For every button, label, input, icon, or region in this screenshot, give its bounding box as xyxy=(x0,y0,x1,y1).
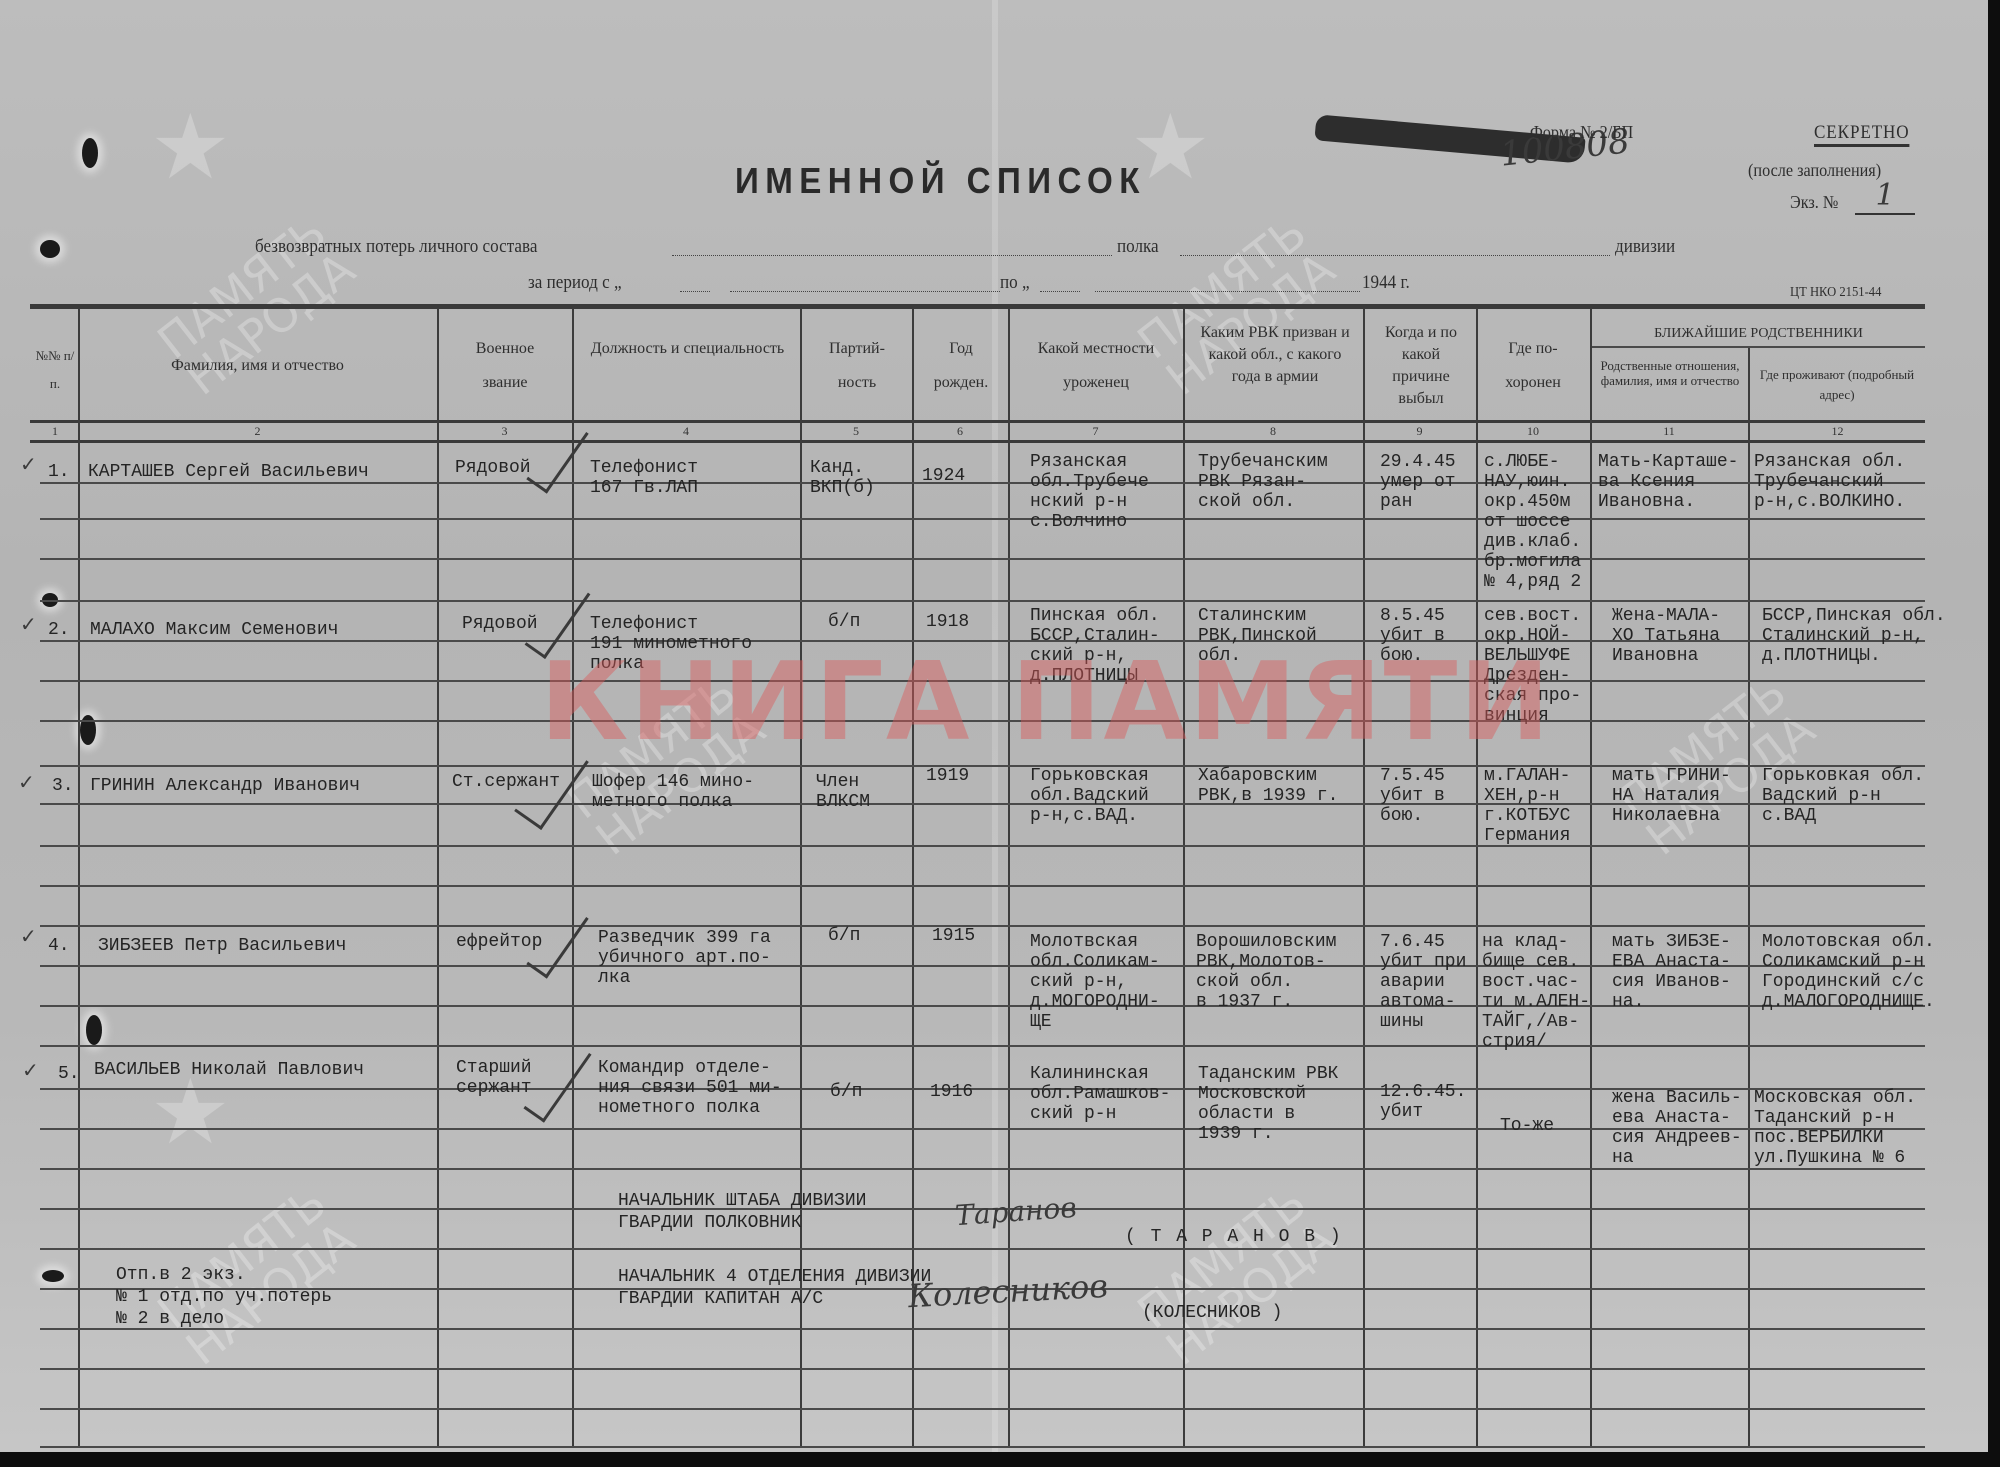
burial-place: с.ЛЮБЕ- НАУ,юин. окр.450м от шоссе див.к… xyxy=(1484,452,1581,592)
relative: Жена-МАЛА- ХО Татьяна Ивановна xyxy=(1612,606,1720,666)
period-from-day-field[interactable] xyxy=(680,290,710,292)
page-title: ИМЕННОЙ СПИСОК xyxy=(735,160,1146,202)
party: Член ВЛКСМ xyxy=(816,772,870,812)
col-header-4: Должность и специальность xyxy=(590,332,785,366)
position: Телефонист 167 Гв.ЛАП xyxy=(590,458,698,498)
col-header-10: Где по-хоронен xyxy=(1490,332,1576,400)
row-rule xyxy=(40,1408,1925,1410)
col-header-8: Каким РВК призван и какой обл., с какого… xyxy=(1195,322,1355,388)
birth-year: 1915 xyxy=(932,926,975,946)
section-chief-signature: Колесников xyxy=(907,1267,1109,1315)
rvk: Таданским РВК Московской области в 1939 … xyxy=(1198,1064,1338,1144)
row-rule xyxy=(40,925,1925,927)
copy-number: 1 xyxy=(1855,178,1915,215)
soldier-name: ВАСИЛЬЕВ Николай Павлович xyxy=(94,1060,364,1080)
col-number: 3 xyxy=(439,424,570,439)
col-number: 7 xyxy=(1010,424,1181,439)
colnum-bottom-rule xyxy=(30,440,1925,443)
regiment-label: полка xyxy=(1117,236,1159,258)
verification-mark-icon xyxy=(523,1040,591,1122)
military-rank: Рядовой xyxy=(455,458,531,478)
row-number: 1. xyxy=(48,462,70,482)
col-number: 2 xyxy=(80,424,435,439)
period-to-day-field[interactable] xyxy=(1040,290,1080,292)
col-header-12: Где проживают (подробный адрес) xyxy=(1752,365,1922,405)
row-rule xyxy=(40,1248,1925,1250)
chief-of-staff-signature: Таранов xyxy=(954,1191,1078,1232)
chief-of-staff-title: НАЧАЛЬНИК ШТАБА ДИВИЗИИ ГВАРДИИ ПОЛКОВНИ… xyxy=(618,1190,866,1234)
birth-year: 1918 xyxy=(926,612,969,632)
birth-year: 1916 xyxy=(930,1082,973,1102)
column-divider xyxy=(1748,348,1750,1448)
military-rank: ефрейтор xyxy=(456,932,542,952)
rvk: Ворошиловским РВК,Молотов- ской обл. в 1… xyxy=(1196,932,1336,1012)
col-header-6: Год рожден. xyxy=(925,332,997,400)
birth-year: 1924 xyxy=(922,466,965,486)
book-of-memory-watermark: КНИГА ПАМЯТИ xyxy=(540,640,1552,765)
subtitle-losses: безвозвратных потерь личного состава xyxy=(255,236,537,258)
soldier-name: МАЛАХО Максим Семенович xyxy=(90,620,338,640)
burial-place: м.ГАЛАН- ХЕН,р-н г.КОТБУС Германия xyxy=(1484,766,1570,846)
column-divider xyxy=(1363,308,1365,1448)
period-from-month-field[interactable] xyxy=(730,290,1000,292)
copies-note: Отп.в 2 экз. № 1 отд.по уч.потерь № 2 в … xyxy=(116,1264,332,1330)
section-chief-name: (КОЛЕСНИКОВ ) xyxy=(1142,1302,1282,1324)
birth-year: 1919 xyxy=(926,766,969,786)
relative-address: Горьковкая обл. Вадский р-н с.ВАД xyxy=(1762,766,1924,826)
burial-place: на клад- бище сев. вост.час- ти м.АЛЕН- … xyxy=(1482,932,1590,1052)
period-to-label: по „ xyxy=(1000,272,1030,294)
column-divider xyxy=(572,308,574,1448)
departure: 7.5.45 убит в бою. xyxy=(1380,766,1445,826)
departure: 29.4.45 умер от ран xyxy=(1380,452,1456,512)
row-rule xyxy=(40,1168,1925,1170)
period-year: 1944 г. xyxy=(1362,272,1410,294)
soldier-name: КАРТАШЕВ Сергей Васильевич xyxy=(88,462,369,482)
row-rule xyxy=(40,845,1925,847)
period-to-month-field[interactable] xyxy=(1095,290,1360,292)
row-rule xyxy=(40,518,1925,520)
checkmark-icon: ✓ xyxy=(20,924,37,949)
relative-address: Рязанская обл. Трубечанский р-н,с.ВОЛКИН… xyxy=(1754,452,1905,512)
col-number: 1 xyxy=(34,424,76,439)
rvk: Хабаровским РВК,в 1939 г. xyxy=(1198,766,1338,806)
row-number: 4. xyxy=(48,936,70,956)
division-field[interactable] xyxy=(1180,254,1610,256)
relative: мать ГРИНИ- НА Наталия Николаевна xyxy=(1612,766,1731,826)
row-number: 5. xyxy=(58,1064,80,1084)
soldier-name: ЗИБЗЕЕВ Петр Васильевич xyxy=(98,936,346,956)
copy-label: Экз. № xyxy=(1790,192,1838,213)
col-number: 12 xyxy=(1750,424,1925,439)
punch-hole xyxy=(40,240,60,258)
header-bottom-rule xyxy=(30,420,1925,423)
party: Канд. ВКП(б) xyxy=(810,458,875,498)
col-number: 9 xyxy=(1365,424,1474,439)
chief-of-staff-name: ( Т А Р А Н О В ) xyxy=(1125,1226,1343,1248)
col-header-2: Фамилия, имя и отчество xyxy=(80,350,435,382)
column-divider xyxy=(437,308,439,1448)
col-header-5: Партий-ность xyxy=(816,332,898,400)
checkmark-icon: ✓ xyxy=(20,452,37,477)
column-divider xyxy=(78,308,80,1448)
departure: 12.6.45. убит xyxy=(1380,1082,1466,1122)
relative-address: Молотовская обл. Соликамский р-н Городин… xyxy=(1762,932,1935,1012)
origin: Горьковская обл.Вадский р-н,с.ВАД. xyxy=(1030,766,1149,826)
party: б/п xyxy=(828,612,860,632)
origin: Молотвская обл.Соликам- ский р-н, д.МОГО… xyxy=(1030,932,1160,1032)
secrecy-label: СЕКРЕТНО xyxy=(1814,122,1910,147)
relative: Мать-Карташе- ва Ксения Ивановна. xyxy=(1598,452,1738,512)
col-number: 8 xyxy=(1185,424,1361,439)
punch-hole xyxy=(86,1015,102,1045)
position: Разведчик 399 га убичного арт.по- лка xyxy=(598,928,771,988)
row-number: 2. xyxy=(48,620,70,640)
row-rule xyxy=(40,1045,1925,1047)
checkmark-icon: ✓ xyxy=(20,612,37,637)
row-rule xyxy=(40,885,1925,887)
row-rule xyxy=(40,600,1925,602)
row-rule xyxy=(40,1368,1925,1370)
col-number: 5 xyxy=(802,424,910,439)
group-header-relatives: БЛИЖАЙШИЕ РОДСТВЕННИКИ xyxy=(1592,318,1925,350)
column-divider xyxy=(1590,308,1592,1448)
col-header-11: Родственные отношения, фамилия, имя и от… xyxy=(1596,358,1744,388)
checkmark-icon: ✓ xyxy=(18,770,35,795)
rvk: Трубечанским РВК Рязан- ской обл. xyxy=(1198,452,1328,512)
col-number: 4 xyxy=(574,424,798,439)
col-header-7: Какой местности уроженец xyxy=(1012,332,1180,400)
section-chief-title: НАЧАЛЬНИК 4 ОТДЕЛЕНИЯ ДИВИЗИИ ГВАРДИИ КА… xyxy=(618,1266,931,1310)
form-number: Форма № 2/БП xyxy=(1530,122,1633,143)
departure: 7.6.45 убит при аварии автома- шины xyxy=(1380,932,1466,1032)
table-top-rule xyxy=(30,304,1925,309)
document-page: ★ ПАМЯТЬ НАРОДА ★ ПАМЯТЬ НАРОДА ПАМЯТЬ Н… xyxy=(0,0,1988,1452)
relative: жена Василь- ева Анаста- сия Андреев- на xyxy=(1612,1088,1742,1168)
relative-address: БССР,Пинская обл. Сталинский р-н, д.ПЛОТ… xyxy=(1762,606,1946,666)
row-rule xyxy=(40,558,1925,560)
column-divider xyxy=(1183,308,1185,1448)
position: Командир отделе- ния связи 501 ми- номет… xyxy=(598,1058,782,1118)
column-divider xyxy=(1476,308,1478,1448)
checkmark-icon: ✓ xyxy=(22,1058,39,1083)
row-number: 3. xyxy=(52,776,74,796)
burial-place: То-же xyxy=(1500,1116,1554,1136)
period-from-label: за период с „ xyxy=(528,272,622,294)
relative: мать ЗИБЗЕ- ЕВА Анаста- сия Иванов- на. xyxy=(1612,932,1731,1012)
origin: Калининская обл.Рамашков- ский р-н xyxy=(1030,1064,1170,1124)
division-label: дивизии xyxy=(1615,236,1675,258)
col-header-9: Когда и по какой причине выбыл xyxy=(1378,322,1464,410)
soldier-name: ГРИНИН Александр Иванович xyxy=(90,776,360,796)
regiment-field[interactable] xyxy=(672,254,1112,256)
print-code: ЦТ НКО 2151-44 xyxy=(1790,285,1881,301)
col-header-3: Военное звание xyxy=(474,332,536,400)
party: б/п xyxy=(828,926,860,946)
military-rank: Рядовой xyxy=(462,614,538,634)
origin: Рязанская обл.Трубече нский р-н с.Волчин… xyxy=(1030,452,1149,532)
relative-address: Московская обл. Таданский р-н пос.ВЕРБИЛ… xyxy=(1754,1088,1916,1168)
star-watermark-icon: ★ xyxy=(150,95,231,200)
party: б/п xyxy=(830,1082,862,1102)
col-header-1: №№ п/п. xyxy=(34,342,76,398)
punch-hole xyxy=(82,138,98,168)
military-rank: Старший сержант xyxy=(456,1058,532,1098)
col-number: 10 xyxy=(1478,424,1588,439)
col-number: 6 xyxy=(914,424,1006,439)
col-number: 11 xyxy=(1592,424,1746,439)
position: Шофер 146 мино- метного полка xyxy=(592,772,754,812)
punch-hole xyxy=(42,1270,64,1282)
row-rule xyxy=(40,1446,1925,1448)
